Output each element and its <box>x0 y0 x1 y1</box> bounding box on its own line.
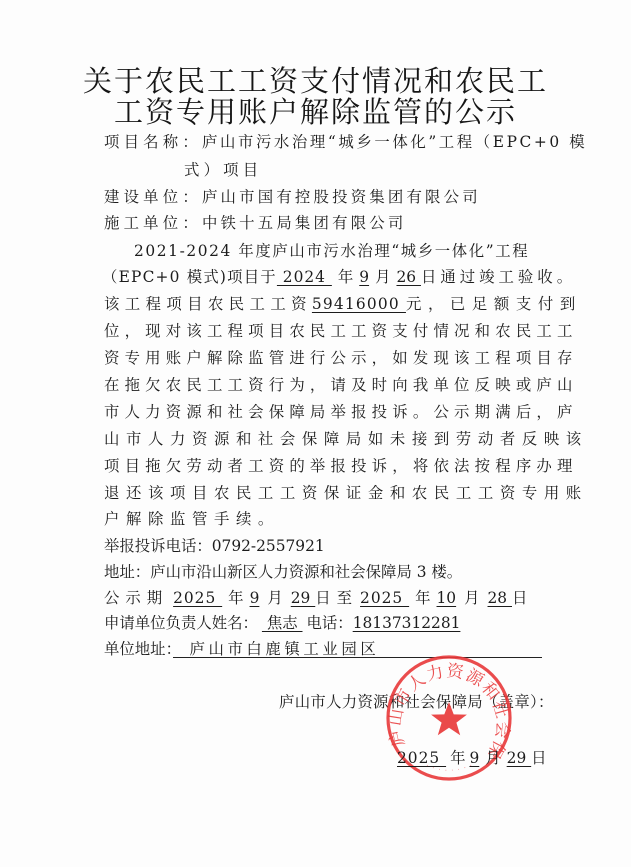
period-start-month: 9 <box>250 589 260 607</box>
builder-label: 建设单位： <box>104 188 202 206</box>
signature-date: 2025 年9月29 日 <box>397 747 547 769</box>
contractor-row: 施工单位：中铁十五局集团有限公司 <box>104 212 406 234</box>
project-name-value-line-2: 式）项目 <box>184 161 262 179</box>
applicant-label: 申请单位负责人姓名： <box>104 614 258 632</box>
body-line-5: 资专用账户解除监管进行公示，如发现该工程项目存 <box>104 347 578 369</box>
period-start-year: 2025 <box>173 589 222 607</box>
year-char: 年 <box>338 268 353 286</box>
contractor-label: 施工单位： <box>104 214 202 232</box>
day-char: 日 <box>531 749 546 767</box>
body-line-3-prefix: 该工程项目农民工工资 <box>104 295 312 313</box>
month-char: 月 <box>375 268 390 286</box>
body-line-2-prefix: （EPC+0 模式)项目于 <box>102 268 277 286</box>
body-line-3-suffix: 元，已足额支付到 <box>406 295 582 313</box>
seal-star-icon <box>431 702 467 735</box>
day-char: 日 <box>512 589 527 607</box>
acceptance-year: 2024 <box>277 268 332 286</box>
acceptance-month: 9 <box>359 268 369 286</box>
builder-row: 建设单位：庐山市国有控股投资集团有限公司 <box>104 186 481 208</box>
period-to: 日至 <box>315 589 358 607</box>
address-value: 庐山市沿山新区人力资源和社会保障局 3 楼。 <box>150 563 462 581</box>
document-title-line-1: 关于农民工工资支付情况和农民工 <box>60 66 571 96</box>
body-line-2: （EPC+0 模式)项目于 2024 年9月26 日通过竣工验收。 <box>102 266 576 288</box>
applicant-name: 焦志 <box>258 614 307 632</box>
period-end-month: 10 <box>437 589 457 607</box>
month-char: 月 <box>485 749 500 767</box>
period-label: 公示期 <box>104 589 168 607</box>
signature-day: 29 <box>507 749 531 767</box>
unit-address-value: 庐山市白鹿镇工业园区 <box>181 640 379 658</box>
body-line-8: 山市人力资源和社会保障局如未接到劳动者反映该 <box>104 428 588 450</box>
period-end-year: 2025 <box>360 589 409 607</box>
wage-amount: 59416000 <box>312 295 406 313</box>
year-char: 年 <box>450 749 465 767</box>
month-char: 月 <box>267 589 282 607</box>
applicant-phone-label: 电话： <box>307 614 353 632</box>
applicant-phone: 18137312281 <box>353 614 461 632</box>
hotline-row: 举报投诉电话：0792-2557921 <box>104 535 325 557</box>
signature-year: 2025 <box>397 749 446 767</box>
acceptance-day: 26 <box>396 268 420 286</box>
body-line-6: 在拖欠农民工工资行为，请及时向我单位反映或庐山 <box>104 374 578 396</box>
body-line-2-suffix: 日通过竣工验收。 <box>421 268 576 286</box>
body-line-4: 位，现对该工程项目农民工工资支付情况和农民工工 <box>104 320 578 342</box>
body-line-11: 户解除监管手续。 <box>104 508 280 530</box>
year-char: 年 <box>228 589 243 607</box>
body-line-7: 市人力资源和社会保障局举报投诉。公示期满后，庐 <box>104 401 578 423</box>
contractor-value: 中铁十五局集团有限公司 <box>202 214 407 232</box>
body-line-9: 项目拖欠劳动者工资的举报投诉，将依法按程序办理 <box>104 455 578 477</box>
project-name-continued: 式）项目 <box>184 159 262 181</box>
hotline-label: 举报投诉电话： <box>104 537 212 555</box>
period-start-day: 29 <box>291 589 315 607</box>
hotline-number: 0792-2557921 <box>212 537 325 555</box>
body-line-3: 该工程项目农民工工资59416000 元，已足额支付到 <box>104 293 582 315</box>
signature-month: 9 <box>469 749 479 767</box>
year-char: 年 <box>415 589 430 607</box>
publicity-period-row: 公示期 2025 年9月29 日至2025 年10月28 日 <box>104 587 527 609</box>
address-label: 地址： <box>104 563 150 581</box>
address-row: 地址：庐山市沿山新区人力资源和社会保障局 3 楼。 <box>104 561 462 583</box>
month-char: 月 <box>464 589 479 607</box>
project-name-label: 项目名称： <box>104 133 202 151</box>
body-line-1: 2021-2024 年度庐山市污水治理“城乡一体化”工程 <box>134 240 529 262</box>
project-name-value: 庐山市污水治理“城乡一体化”工程（EPC+0 模 <box>202 133 587 151</box>
project-name-row: 项目名称：庐山市污水治理“城乡一体化”工程（EPC+0 模 <box>104 131 587 153</box>
builder-value: 庐山市国有控股投资集团有限公司 <box>202 188 481 206</box>
document-page: 关于农民工工资支付情况和农民工 工资专用账户解除监管的公示 项目名称：庐山市污水… <box>0 0 631 867</box>
document-title-line-2: 工资专用账户解除监管的公示 <box>60 97 571 127</box>
period-end-day: 28 <box>488 589 512 607</box>
body-line-10: 退还该项目农民工工资保证金和农民工工资专用账 <box>104 482 588 504</box>
applicant-row: 申请单位负责人姓名： 焦志 电话：18137312281 <box>104 612 460 634</box>
unit-address-label: 单位地址： <box>104 640 181 658</box>
